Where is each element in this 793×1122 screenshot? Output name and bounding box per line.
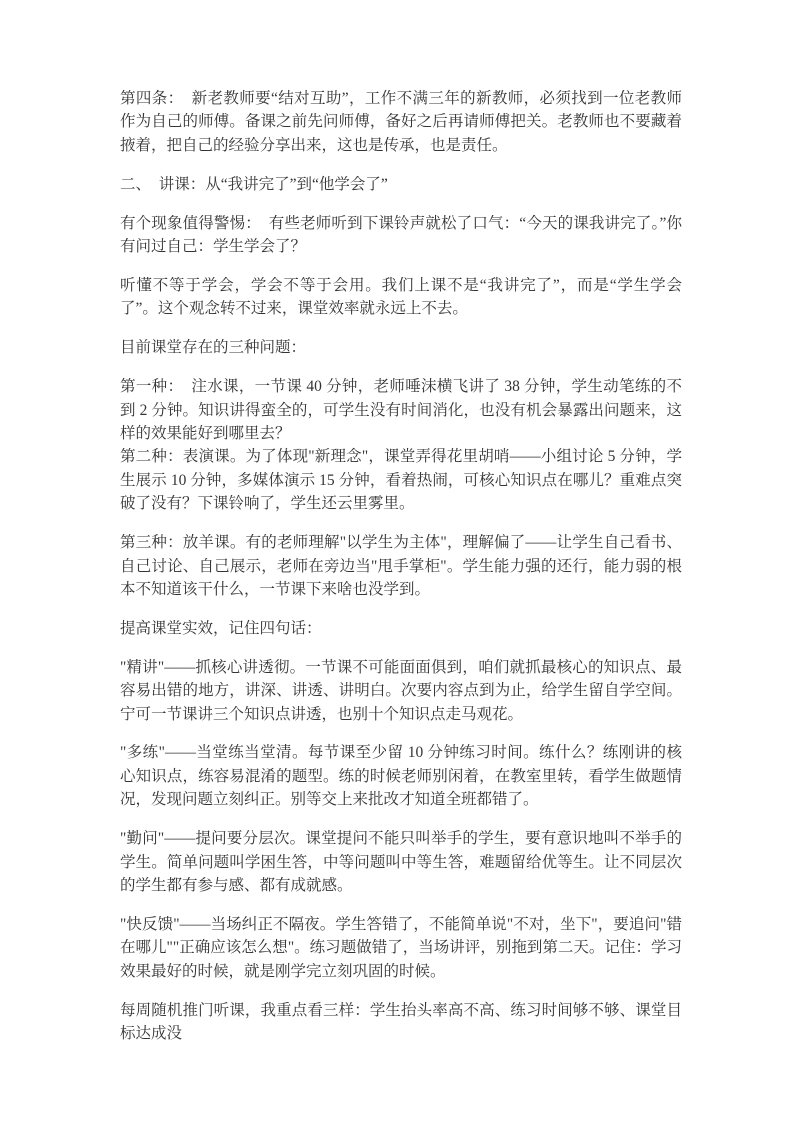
paragraph-problem-3: 第三种：放羊课。有的老师理解"以学生为主体"，理解偏了——让学生自己看书、自己讨… bbox=[120, 531, 682, 601]
paragraph-problem-1-and-2: 第一种： 注水课，一节课 40 分钟，老师唾沫横飞讲了 38 分钟，学生动笔练的… bbox=[120, 375, 682, 515]
paragraph-phenomenon-warning: 有个现象值得警惕： 有些老师听到下课铃声就松了口气：“今天的课我讲完了。”你有问… bbox=[120, 212, 682, 259]
section-heading-2: 二、 讲课：从“我讲完了”到“他学会了” bbox=[120, 173, 682, 196]
line-four-phrases: 提高课堂实效，记住四句话： bbox=[120, 617, 682, 640]
paragraph-jingjiang: "精讲"——抓核心讲透彻。一节课不可能面面俱到，咱们就抓最核心的知识点、最容易出… bbox=[120, 656, 682, 726]
paragraph-duolian: "多练"——当堂练当堂清。每节课至少留 10 分钟练习时间。练什么？练刚讲的核心… bbox=[120, 741, 682, 811]
line-three-classroom-problems: 目前课堂存在的三种问题： bbox=[120, 336, 682, 359]
paragraph-article-4: 第四条： 新老教师要“结对互助”，工作不满三年的新教师，必须找到一位老教师作为自… bbox=[120, 87, 682, 157]
document-content: 第四条： 新老教师要“结对互助”，工作不满三年的新教师，必须找到一位老教师作为自… bbox=[120, 87, 682, 1045]
paragraph-weekly-inspection: 每周随机推门听课，我重点看三样：学生抬头率高不高、练习时间够不够、课堂目标达成没 bbox=[120, 999, 682, 1046]
paragraph-qinwen: "勤问"——提问要分层次。课堂提问不能只叫举手的学生，要有意识地叫不举手的学生。… bbox=[120, 827, 682, 897]
paragraph-understanding-vs-learning: 听懂不等于学会，学会不等于会用。我们上课不是“我讲完了”，而是“学生学会了”。这… bbox=[120, 274, 682, 321]
paragraph-kuaifankui: "快反馈"——当场纠正不隔夜。学生答错了，不能简单说"不对，坐下"，要追问"错在… bbox=[120, 913, 682, 983]
document-page: 第四条： 新老教师要“结对互助”，工作不满三年的新教师，必须找到一位老教师作为自… bbox=[0, 0, 793, 1122]
